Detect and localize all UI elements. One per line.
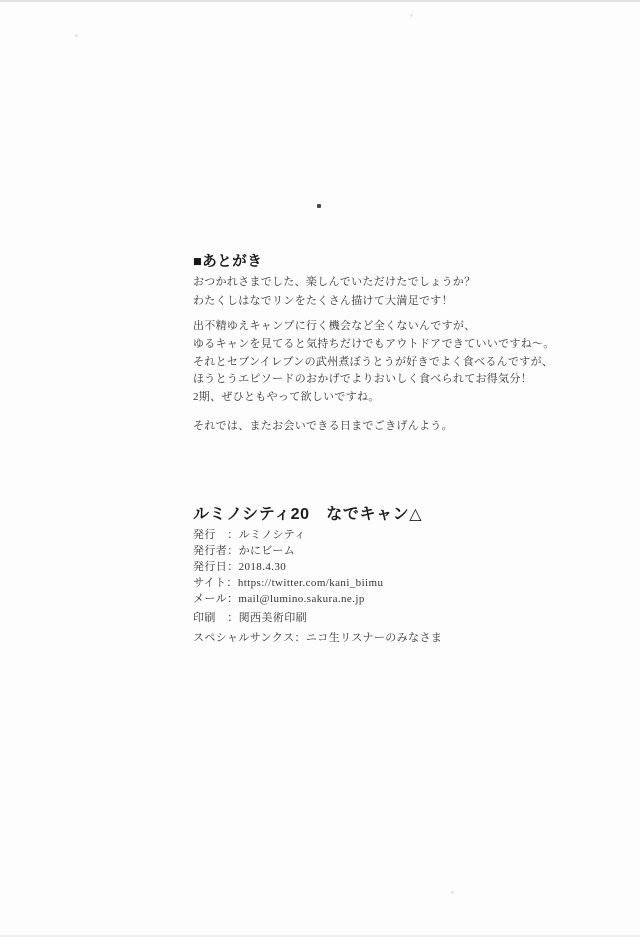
afterword-body-line: ゆるキャンを見てると気持ちだけでもアウトドアできていいですね～。 (193, 335, 555, 351)
scanned-doujin-afterword-page: ■あとがき おつかれさまでした、楽しんでいただけたでしょうか？ わたくしはなでリ… (0, 0, 640, 937)
colophon-special-thanks-line: スペシャルサンクス：ニコ生リスナーのみなさま (193, 629, 442, 645)
afterword-body-line: 2期、ぜひともやって欲しいですね。 (193, 388, 380, 404)
afterword-body-line: ほうとうエピソードのおかげでよりおいしく食べられてお得気分！ (193, 370, 532, 386)
afterword-body-line: それとセブンイレブンの武州煮ぼうとうが好きでよく食べるんですが、 (193, 353, 553, 369)
doujin-book-title: ルミノシティ20 なでキャン△ (193, 501, 422, 524)
scan-speck (451, 891, 454, 894)
scan-top-edge-line (0, 0, 640, 2)
afterword-farewell-line: それでは、またお会いできる日までごきげんよう。 (193, 417, 453, 433)
scan-speck (75, 34, 78, 37)
afterword-heading: ■あとがき (193, 250, 262, 271)
colophon-author-line: 発行者：かにビーム (193, 542, 295, 558)
colophon-mail-line: メール：mail@lumino.sakura.ne.jp (193, 590, 365, 606)
afterword-body-line: 出不精ゆえキャンプに行く機会など全くないんですが、 (193, 317, 476, 333)
afterword-intro-line: おつかれさまでした、楽しんでいただけたでしょうか？ (193, 273, 475, 289)
colophon-publisher-line: 発行 ：ルミノシティ (193, 526, 306, 542)
scan-speck (410, 14, 413, 17)
colophon-date-line: 発行日：2018.4.30 (193, 558, 286, 574)
colophon-site-line: サイト：https://twitter.com/kani_biimu (193, 574, 383, 590)
scan-speck (317, 204, 321, 208)
colophon-printer-line: 印刷 ：関西美術印刷 (193, 609, 307, 625)
afterword-intro-line: わたくしはなでリンをたくさん描けて大満足です！ (193, 292, 453, 308)
